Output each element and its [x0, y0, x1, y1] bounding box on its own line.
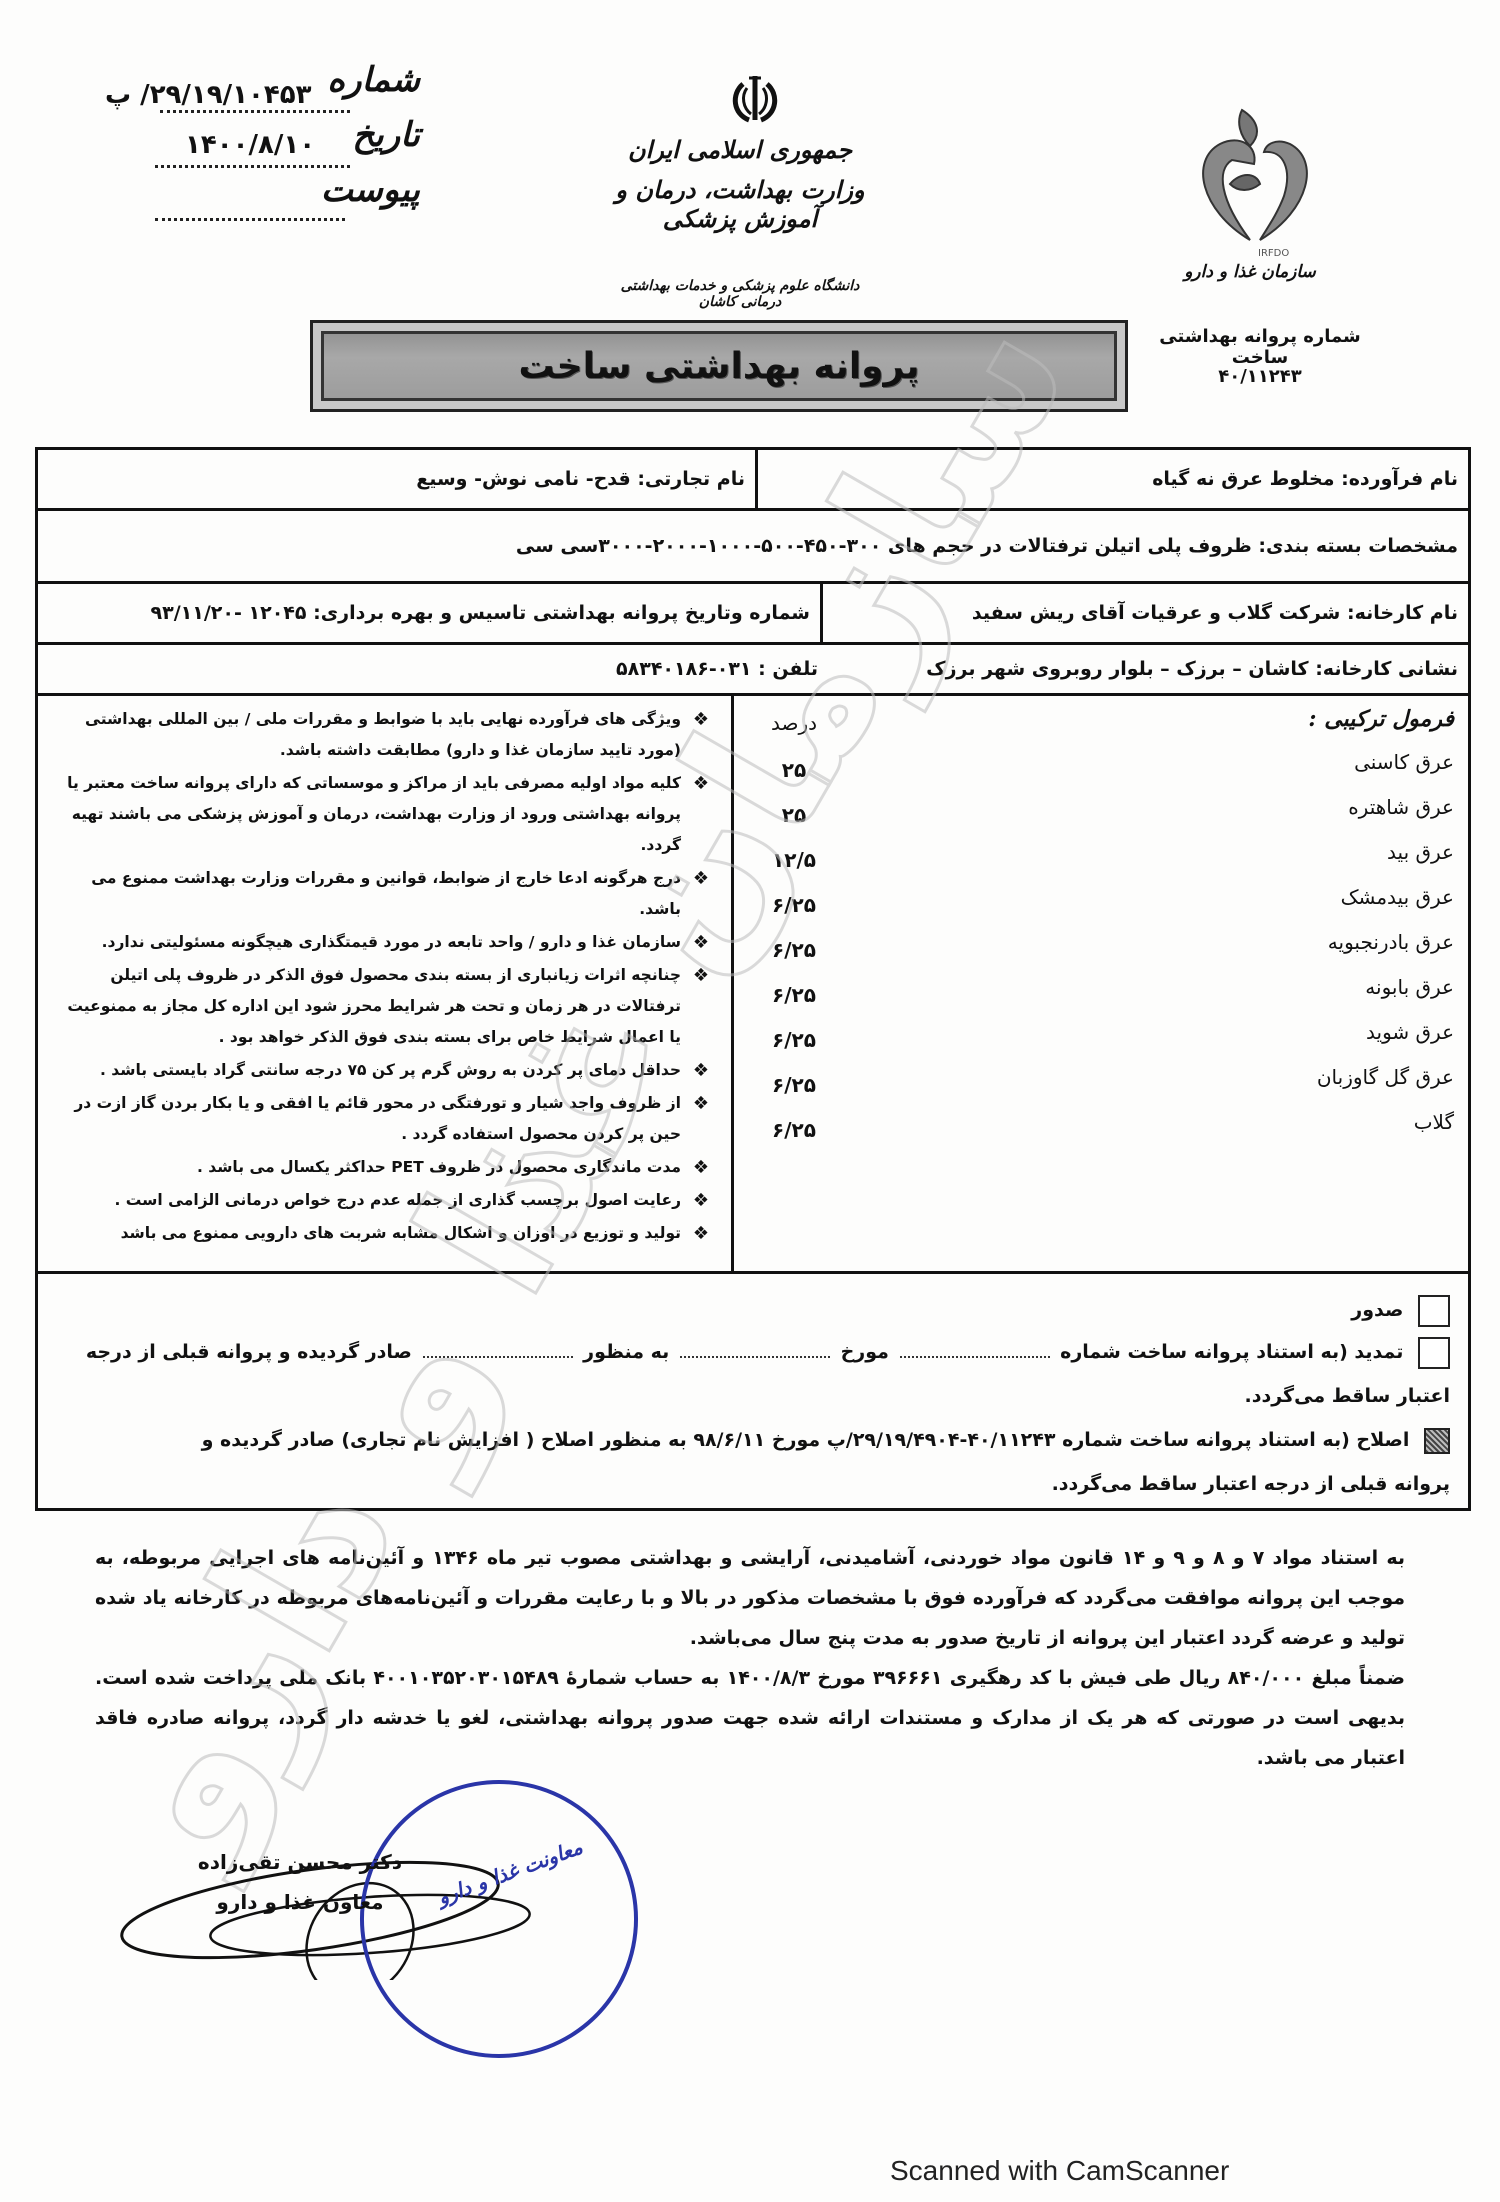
svg-text:IRFDO: IRFDO	[1258, 248, 1289, 259]
establishment-permit: شماره وتاریخ پروانه بهداشتی تاسیس و بهره…	[38, 584, 820, 642]
percent-value: ۲۵	[734, 793, 854, 838]
rule-item: ❖رعایت اصول برچسب گذاری از جمله عدم درج …	[56, 1185, 709, 1216]
legal-paragraph: به استناد مواد ۷ و ۸ و ۹ و ۱۴ قانون مواد…	[95, 1538, 1405, 1778]
formula-item: عرق شاهتره	[1124, 785, 1454, 830]
row-address: نشانی کارخانه: کاشان – برزک – بلوار روبر…	[38, 645, 1468, 696]
reference-block: شماره تاریخ پیوست	[300, 60, 420, 240]
rule-item: ❖سازمان غذا و دارو / واحد تابعه در مورد …	[56, 927, 709, 958]
formula-title: فرمول ترکیبی :	[1124, 706, 1454, 732]
brand-name: نام تجارتی: قدح- نامی نوش- وسیع	[38, 450, 755, 508]
renewal-checkbox[interactable]	[1418, 1337, 1450, 1369]
rule-item: ❖از ظروف واجد شیار و تورفتگی در محور قائ…	[56, 1088, 709, 1150]
bullet-icon: ❖	[693, 704, 709, 735]
number-label: شماره	[327, 60, 420, 100]
license-table: نام فرآورده: مخلوط عرق نه گیاه نام تجارت…	[35, 447, 1471, 1511]
packaging-specs: مشخصات بسته بندی: ظروف پلی اتیلن ترفتالا…	[38, 511, 1468, 581]
renewal-purpose-field[interactable]	[423, 1344, 573, 1358]
rule-item: ❖ویژگی های فرآورده نهایی باید با ضوابط و…	[56, 704, 709, 766]
percent-header: درصد	[734, 706, 854, 748]
attachment-label: پیوست	[321, 170, 420, 210]
amendment-continued: پروانه قبلی از درجه اعتبار ساقط می‌گردد.	[52, 1466, 1450, 1502]
formula-item: عرق کاسنی	[1124, 740, 1454, 785]
factory-name: نام کارخانه: شرکت گلاب و عرقیات آقای ریش…	[820, 584, 1468, 642]
renewal-number-field[interactable]	[900, 1344, 1050, 1358]
renewal-option: تمدید (به استناد پروانه ساخت شماره مورخ …	[52, 1334, 1450, 1370]
reference-date: ۱۴۰۰/۸/۱۰	[185, 130, 315, 160]
row-factory: نام کارخانه: شرکت گلاب و عرقیات آقای ریش…	[38, 584, 1468, 645]
issuance-section: صدور تمدید (به استناد پروانه ساخت شماره …	[38, 1274, 1468, 1508]
factory-address: نشانی کارخانه: کاشان – برزک – بلوار روبر…	[828, 645, 1468, 693]
attachment-dots	[155, 218, 345, 221]
rule-item: ❖درج هرگونه ادعا خارج از ضوابط، قوانین و…	[56, 863, 709, 925]
official-stamp	[338, 1758, 660, 2080]
percent-value: ۲۵	[734, 748, 854, 793]
renewal-continued: اعتبار ساقط می‌گردد.	[52, 1378, 1450, 1414]
scanner-footer: Scanned with CamScanner	[890, 2155, 1229, 2187]
row-packaging: مشخصات بسته بندی: ظروف پلی اتیلن ترفتالا…	[38, 511, 1468, 584]
university-title: دانشگاه علوم پزشکی و خدمات بهداشتی درمان…	[610, 278, 870, 310]
bullet-icon: ❖	[693, 1185, 709, 1216]
signer-title: معاون غذا و دارو	[170, 1890, 430, 1914]
rule-item: ❖مدت ماندگاری محصول در ظروف PET حداکثر ی…	[56, 1152, 709, 1183]
rule-item: ❖کلیه مواد اولیه مصرفی باید از مراکز و م…	[56, 768, 709, 861]
amendment-checkbox[interactable]	[1424, 1428, 1450, 1454]
rules-list: ❖ویژگی های فرآورده نهایی باید با ضوابط و…	[38, 696, 731, 1271]
formula-item: عرق گل گاوزبان	[1124, 1055, 1454, 1100]
rule-item: ❖چنانچه اثرات زیانباری از بسته بندی محصو…	[56, 960, 709, 1053]
percent-value: ۶/۲۵	[734, 1018, 854, 1063]
formula-item: عرق بیدمشک	[1124, 875, 1454, 920]
rule-item: ❖تولید و توزیع در اوزان و اشکال مشابه شر…	[56, 1218, 709, 1249]
permit-number-value: ۴۰/۱۱۲۴۳	[1140, 366, 1380, 387]
bullet-icon: ❖	[693, 1218, 709, 1249]
row-product: نام فرآورده: مخلوط عرق نه گیاه نام تجارت…	[38, 450, 1468, 511]
legal-paragraph-1: به استناد مواد ۷ و ۸ و ۹ و ۱۴ قانون مواد…	[95, 1538, 1405, 1658]
issue-checkbox[interactable]	[1418, 1295, 1450, 1327]
formula-list: فرمول ترکیبی : عرق کاسنی عرق شاهتره عرق …	[1124, 696, 1468, 1271]
title-banner: پروانه بهداشتی ساخت	[310, 320, 1128, 412]
page-title: پروانه بهداشتی ساخت	[519, 346, 920, 387]
percent-value: ۶/۲۵	[734, 883, 854, 928]
factory-phone: تلفن : ۰۳۱-۵۸۳۴۰۱۸۶	[38, 645, 828, 693]
bullet-icon: ❖	[693, 927, 709, 958]
ifda-logo-icon: IRFDO	[1180, 100, 1330, 260]
percent-value: ۶/۲۵	[734, 928, 854, 973]
formula-item: عرق شوید	[1124, 1010, 1454, 1055]
renewal-date-field[interactable]	[680, 1344, 830, 1358]
issue-option: صدور	[52, 1292, 1450, 1328]
bullet-icon: ❖	[693, 1055, 709, 1086]
iran-emblem-icon	[725, 70, 785, 130]
reference-number: ۲۹/۱۹/۱۰۴۵۳/ پ	[105, 80, 312, 110]
date-dots	[155, 165, 350, 168]
percent-value: ۱۲/۵	[734, 838, 854, 883]
product-name: نام فرآورده: مخلوط عرق نه گیاه	[755, 450, 1468, 508]
formula-item: عرق بادرنجبویه	[1124, 920, 1454, 965]
percent-value: ۶/۲۵	[734, 1108, 854, 1153]
legal-paragraph-2: ضمناً مبلغ ۸۴۰/۰۰۰ ریال طی فیش با کد رهگ…	[95, 1658, 1405, 1778]
bullet-icon: ❖	[693, 1152, 709, 1183]
percent-value: ۶/۲۵	[734, 973, 854, 1018]
bullet-icon: ❖	[693, 1088, 709, 1119]
date-label: تاریخ	[352, 115, 420, 155]
permit-number-label: شماره پروانه بهداشتی ساخت	[1140, 326, 1380, 368]
signer-name: دکتر محسن تقی‌زاده	[170, 1850, 430, 1874]
percent-value: ۶/۲۵	[734, 1063, 854, 1108]
formula-item: گلاب	[1124, 1100, 1454, 1145]
bullet-icon: ❖	[693, 863, 709, 894]
republic-title: جمهوری اسلامی ایران	[610, 135, 870, 164]
number-dots	[160, 110, 350, 113]
amendment-option: اصلاح (به استناد پروانه ساخت شماره ۴۰/۱۱…	[52, 1422, 1450, 1458]
bullet-icon: ❖	[693, 960, 709, 991]
bullet-icon: ❖	[693, 768, 709, 799]
org-name: سازمان غذا و دارو	[1140, 262, 1360, 282]
ministry-title: وزارت بهداشت، درمان و آموزش پزشکی	[600, 175, 880, 233]
rule-item: ❖حداقل دمای پر کردن به روش گرم پر کن ۷۵ …	[56, 1055, 709, 1086]
formula-item: عرق بابونه	[1124, 965, 1454, 1010]
formula-item: عرق بید	[1124, 830, 1454, 875]
percent-column: درصد ۲۵ ۲۵ ۱۲/۵ ۶/۲۵ ۶/۲۵ ۶/۲۵ ۶/۲۵ ۶/۲۵…	[731, 696, 854, 1271]
formula-and-rules: فرمول ترکیبی : عرق کاسنی عرق شاهتره عرق …	[38, 696, 1468, 1274]
spacer	[854, 696, 1124, 1271]
